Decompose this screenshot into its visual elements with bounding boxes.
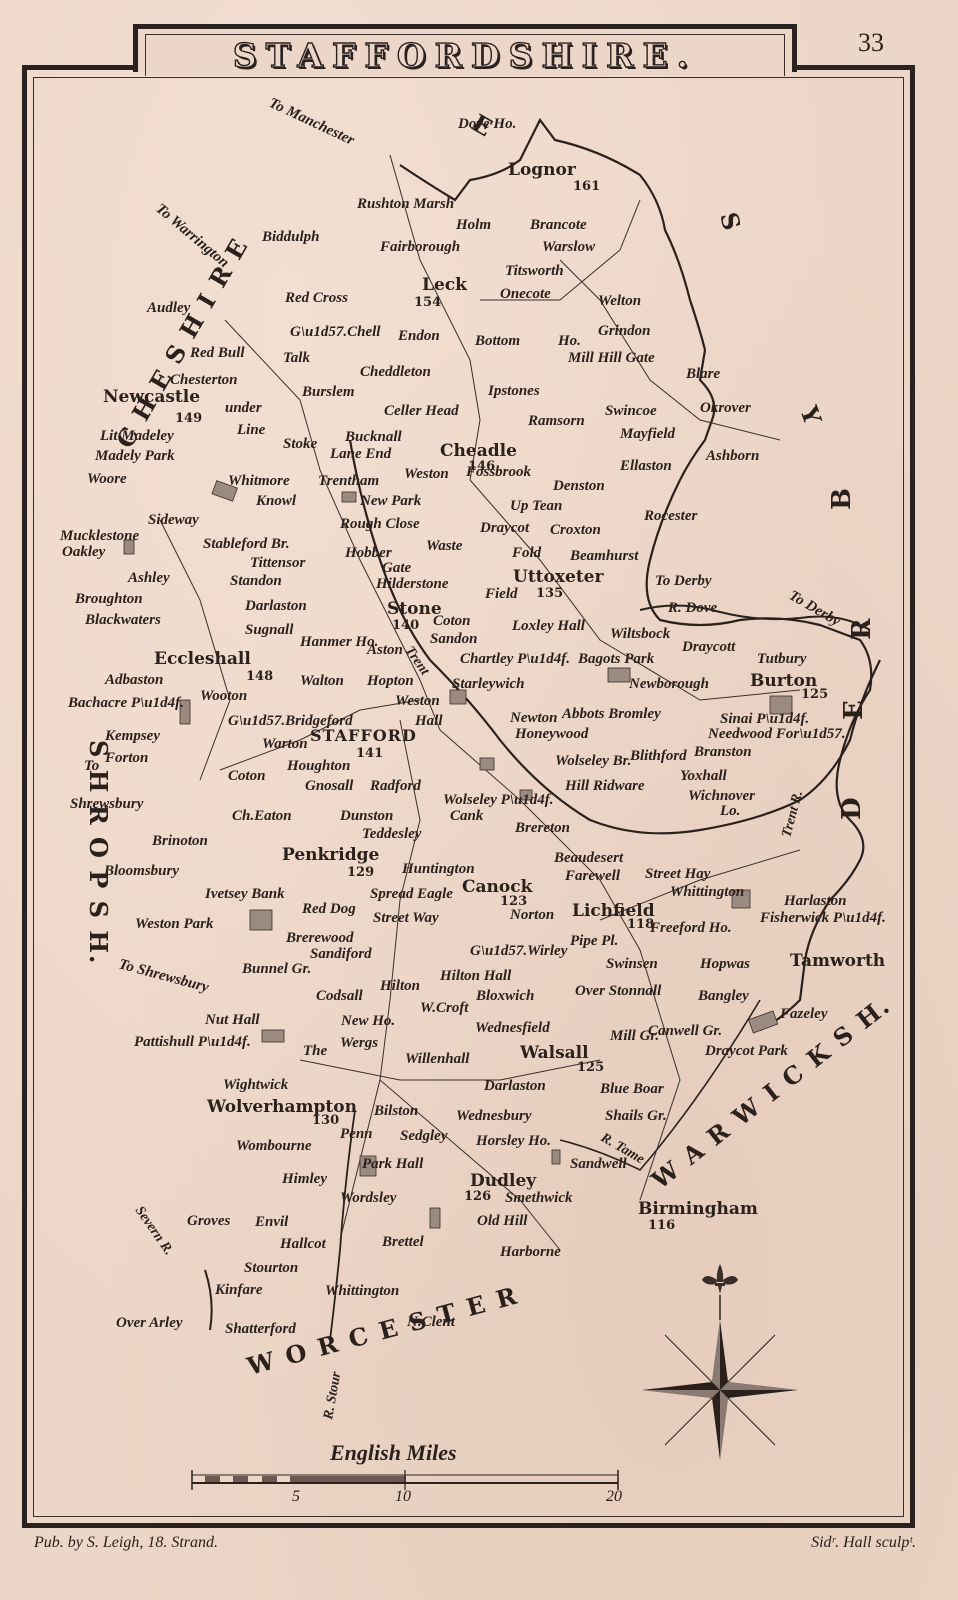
svg-text:The: The <box>303 1043 328 1059</box>
svg-text:Canwell Gr.: Canwell Gr. <box>648 1023 722 1039</box>
svg-text:Over Stonnall: Over Stonnall <box>575 983 662 999</box>
svg-text:Abbots Bromley: Abbots Bromley <box>561 706 661 722</box>
svg-text:Brettel: Brettel <box>381 1234 424 1250</box>
svg-text:135: 135 <box>536 586 563 601</box>
svg-text:Sandiford: Sandiford <box>310 946 372 962</box>
svg-text:Horsley Ho.: Horsley Ho. <box>475 1133 551 1149</box>
svg-text:Bottom: Bottom <box>474 333 520 349</box>
svg-text:129: 129 <box>347 865 374 880</box>
svg-text:Fazeley: Fazeley <box>779 1006 828 1022</box>
svg-text:Hilderstone: Hilderstone <box>375 576 449 592</box>
svg-text:under: under <box>225 400 262 416</box>
svg-text:Croxton: Croxton <box>550 522 601 538</box>
svg-text:Starleywich: Starleywich <box>452 676 525 692</box>
svg-text:Street Hay: Street Hay <box>645 866 711 882</box>
svg-text:Beaudesert: Beaudesert <box>553 850 624 866</box>
svg-text:Denston: Denston <box>552 478 605 494</box>
svg-text:Brereton: Brereton <box>514 820 570 836</box>
svg-text:Titsworth: Titsworth <box>505 263 564 279</box>
svg-text:Ashley: Ashley <box>127 570 170 586</box>
svg-text:Holm: Holm <box>455 217 491 233</box>
svg-text:Stableford Br.: Stableford Br. <box>203 536 290 552</box>
svg-text:Trent R.: Trent R. <box>779 789 806 839</box>
svg-text:R. Stour: R. Stour <box>321 1370 344 1422</box>
svg-text:Codsall: Codsall <box>316 988 364 1004</box>
svg-text:R: R <box>847 616 877 640</box>
svg-text:Shails Gr.: Shails Gr. <box>605 1108 667 1124</box>
svg-text:Park Hall: Park Hall <box>362 1156 424 1172</box>
svg-text:Bloomsbury: Bloomsbury <box>103 863 179 879</box>
svg-text:Lit Madeley: Lit Madeley <box>99 428 174 444</box>
svg-text:Red Bull: Red Bull <box>189 345 245 361</box>
river-stour <box>330 1110 355 1340</box>
svg-text:Whittington: Whittington <box>325 1283 399 1299</box>
svg-text:To Derby: To Derby <box>655 573 712 589</box>
svg-text:Harlaston: Harlaston <box>783 893 847 909</box>
svg-text:Line: Line <box>236 422 266 438</box>
svg-text:Spread Eagle: Spread Eagle <box>370 886 453 902</box>
svg-text:Ivetsey Bank: Ivetsey Bank <box>204 886 285 902</box>
svg-text:Rushton Marsh: Rushton Marsh <box>356 196 454 212</box>
svg-text:Lognor: Lognor <box>508 160 577 180</box>
svg-text:Gate: Gate <box>382 560 412 576</box>
svg-text:Wombourne: Wombourne <box>236 1138 312 1154</box>
svg-text:Old Hill: Old Hill <box>477 1213 528 1229</box>
svg-text:Up Tean: Up Tean <box>510 498 562 514</box>
svg-text:Sedgley: Sedgley <box>400 1128 448 1144</box>
svg-text:Blare: Blare <box>685 366 721 382</box>
svg-text:Wordsley: Wordsley <box>340 1190 397 1206</box>
svg-text:N.Clent: N.Clent <box>406 1314 456 1330</box>
svg-text:Hall: Hall <box>414 713 443 729</box>
svg-text:Endon: Endon <box>397 328 440 344</box>
svg-text:Willenhall: Willenhall <box>405 1051 470 1067</box>
svg-text:Welton: Welton <box>598 293 641 309</box>
svg-text:Groves: Groves <box>187 1213 230 1229</box>
svg-text:130: 130 <box>312 1113 339 1128</box>
svg-text:Woore: Woore <box>87 471 127 487</box>
svg-text:Fisherwick P\u1d4f.: Fisherwick P\u1d4f. <box>759 910 886 926</box>
svg-text:Fold: Fold <box>511 545 542 561</box>
svg-text:Eccleshall: Eccleshall <box>154 649 251 669</box>
svg-text:Wichnover: Wichnover <box>688 788 755 804</box>
river-severn <box>205 1270 212 1330</box>
svg-text:Chesterton: Chesterton <box>170 372 238 388</box>
svg-text:To Manchester: To Manchester <box>266 95 357 149</box>
svg-text:Ipstones: Ipstones <box>487 383 540 399</box>
svg-text:Adbaston: Adbaston <box>104 672 163 688</box>
svg-text:Hilton Hall: Hilton Hall <box>439 968 512 984</box>
svg-text:Aston: Aston <box>366 642 403 658</box>
scale-bar-title: English Miles <box>330 1440 457 1466</box>
svg-text:Penn: Penn <box>340 1126 373 1142</box>
svg-text:D: D <box>837 795 867 820</box>
svg-text:Kempsey: Kempsey <box>104 728 160 744</box>
svg-text:Coton: Coton <box>228 768 266 784</box>
svg-text:Weston: Weston <box>395 693 440 709</box>
svg-text:154: 154 <box>414 295 441 310</box>
svg-text:R. Dove: R. Dove <box>667 600 717 616</box>
svg-text:To Shrewsbury: To Shrewsbury <box>117 956 211 995</box>
svg-text:Norton: Norton <box>509 907 554 923</box>
svg-text:Brerewood: Brerewood <box>285 930 354 946</box>
scale-tick-20: 20 <box>606 1488 622 1506</box>
svg-text:Stourton: Stourton <box>244 1260 298 1276</box>
svg-text:Wolseley Br.: Wolseley Br. <box>555 753 631 769</box>
svg-text:Fairborough: Fairborough <box>379 239 460 255</box>
svg-text:Pattishull P\u1d4f.: Pattishull P\u1d4f. <box>134 1034 251 1050</box>
publisher-imprint: Pub. by S. Leigh, 18. Strand. <box>34 1534 218 1552</box>
svg-text:Dove Ho.: Dove Ho. <box>457 116 516 132</box>
svg-text:Hopton: Hopton <box>366 673 414 689</box>
svg-text:Wightwick: Wightwick <box>223 1077 289 1093</box>
svg-text:Red Cross: Red Cross <box>284 290 348 306</box>
svg-text:Severn R.: Severn R. <box>132 1204 176 1258</box>
svg-text:Blithford: Blithford <box>629 748 687 764</box>
svg-text:Ashborn: Ashborn <box>705 448 759 464</box>
svg-text:Broughton: Broughton <box>74 591 143 607</box>
svg-text:148: 148 <box>246 669 273 684</box>
svg-text:Hill Ridware: Hill Ridware <box>564 778 645 794</box>
svg-text:Waste: Waste <box>426 538 463 554</box>
svg-text:Darlaston: Darlaston <box>244 598 307 614</box>
svg-text:Draycot Park: Draycot Park <box>704 1043 788 1059</box>
svg-text:E: E <box>839 698 869 720</box>
svg-text:Swinsen: Swinsen <box>606 956 658 972</box>
svg-text:Hopwas: Hopwas <box>699 956 750 972</box>
svg-text:W.Croft: W.Croft <box>420 1000 469 1016</box>
svg-text:Wednesfield: Wednesfield <box>475 1020 550 1036</box>
svg-text:Sinai P\u1d4f.: Sinai P\u1d4f. <box>720 711 809 727</box>
svg-text:Standon: Standon <box>230 573 282 589</box>
svg-text:Tamworth: Tamworth <box>790 951 885 971</box>
svg-text:Bagots Park: Bagots Park <box>577 651 655 667</box>
svg-text:Sugnall: Sugnall <box>245 622 294 638</box>
svg-text:Uttoxeter: Uttoxeter <box>513 567 604 587</box>
svg-text:Beamhurst: Beamhurst <box>569 548 639 564</box>
svg-text:B: B <box>827 486 857 510</box>
svg-text:Forton: Forton <box>104 750 148 766</box>
svg-text:Y: Y <box>794 401 828 430</box>
svg-text:Fossbrook: Fossbrook <box>465 464 532 480</box>
svg-text:Kinfare: Kinfare <box>214 1282 263 1298</box>
scale-tick-5: 5 <box>292 1488 300 1506</box>
svg-text:Burslem: Burslem <box>301 384 355 400</box>
svg-text:Ellaston: Ellaston <box>619 458 672 474</box>
svg-text:Pipe Pl.: Pipe Pl. <box>570 933 618 949</box>
svg-text:Sideway: Sideway <box>148 512 199 528</box>
svg-text:Teddesley: Teddesley <box>362 826 422 842</box>
svg-text:Himley: Himley <box>281 1171 327 1187</box>
svg-text:Harborne: Harborne <box>499 1244 561 1260</box>
svg-text:Hobber: Hobber <box>344 545 392 561</box>
svg-text:Leck: Leck <box>422 275 468 295</box>
svg-text:Bloxwich: Bloxwich <box>475 988 534 1004</box>
svg-text:Cheadle: Cheadle <box>440 441 517 461</box>
svg-text:Nut Hall: Nut Hall <box>204 1012 260 1028</box>
svg-text:Wolseley P\u1d4f.: Wolseley P\u1d4f. <box>443 792 554 808</box>
svg-text:Warton: Warton <box>262 736 308 752</box>
svg-text:Weston: Weston <box>404 466 449 482</box>
svg-text:G\u1d57.Wirley: G\u1d57.Wirley <box>470 943 568 959</box>
scale-bar <box>192 1470 618 1490</box>
svg-text:Onecote: Onecote <box>500 286 551 302</box>
svg-text:Ramsorn: Ramsorn <box>527 413 585 429</box>
compass-rose <box>642 1295 798 1460</box>
svg-text:Sandon: Sandon <box>430 631 478 647</box>
svg-text:Newborough: Newborough <box>628 676 709 692</box>
svg-text:126: 126 <box>464 1189 491 1204</box>
map-canvas: C H E S H I R E E S Y B R E D W A R W I … <box>0 0 958 1600</box>
svg-text:Rough Close: Rough Close <box>339 516 420 532</box>
svg-text:Gnosall: Gnosall <box>305 778 354 794</box>
svg-text:Field: Field <box>484 586 518 602</box>
svg-text:Audley: Audley <box>146 300 191 316</box>
svg-text:Okrover: Okrover <box>700 400 751 416</box>
svg-text:Wergs: Wergs <box>340 1035 378 1051</box>
svg-text:Lane End: Lane End <box>329 446 392 462</box>
svg-text:140: 140 <box>392 618 419 633</box>
svg-text:Shatterford: Shatterford <box>225 1321 296 1337</box>
svg-text:Bachacre P\u1d4f.: Bachacre P\u1d4f. <box>67 695 184 711</box>
svg-text:Mucklestone: Mucklestone <box>59 528 140 544</box>
svg-text:Talk: Talk <box>283 350 310 366</box>
svg-text:Weston Park: Weston Park <box>135 916 214 932</box>
svg-text:116: 116 <box>648 1218 675 1233</box>
svg-text:Sandwell: Sandwell <box>570 1156 628 1172</box>
svg-text:Brinoton: Brinoton <box>151 833 208 849</box>
svg-text:Branston: Branston <box>693 744 752 760</box>
svg-text:Dudley: Dudley <box>470 1171 537 1191</box>
svg-text:Wooton: Wooton <box>200 688 247 704</box>
svg-text:Red Dog: Red Dog <box>301 901 356 917</box>
svg-text:Chartley P\u1d4f.: Chartley P\u1d4f. <box>460 651 570 667</box>
svg-text:G\u1d57.Bridgeford: G\u1d57.Bridgeford <box>228 713 353 729</box>
svg-text:Walton: Walton <box>300 673 344 689</box>
svg-text:Bunnel Gr.: Bunnel Gr. <box>241 961 311 977</box>
svg-text:Biddulph: Biddulph <box>261 229 320 245</box>
svg-text:Smethwick: Smethwick <box>505 1190 573 1206</box>
svg-text:Huntington: Huntington <box>401 861 475 877</box>
svg-text:Warslow: Warslow <box>542 239 596 255</box>
fleur-de-lis-north-icon <box>702 1264 738 1294</box>
svg-text:Trentham: Trentham <box>318 473 379 489</box>
svg-text:New Ho.: New Ho. <box>340 1013 395 1029</box>
svg-text:G\u1d57.Chell: G\u1d57.Chell <box>290 324 381 340</box>
svg-text:Newcastle: Newcastle <box>103 387 200 407</box>
village-labels: Dove Ho. Rushton Marsh HolmBrancote Bidd… <box>59 116 886 1337</box>
svg-text:Farewell: Farewell <box>564 868 621 884</box>
svg-text:125: 125 <box>577 1060 604 1075</box>
svg-text:Hallcot: Hallcot <box>279 1236 327 1252</box>
engraver-imprint: Sidʳ. Hall sculpᵗ. <box>811 1534 916 1552</box>
svg-text:Shrewsbury: Shrewsbury <box>70 796 144 812</box>
svg-text:Ch.Eaton: Ch.Eaton <box>232 808 292 824</box>
svg-text:Dunston: Dunston <box>339 808 393 824</box>
svg-text:Tutbury: Tutbury <box>757 651 807 667</box>
svg-text:Blue Boar: Blue Boar <box>599 1081 664 1097</box>
svg-text:Darlaston: Darlaston <box>483 1078 546 1094</box>
svg-text:Stoke: Stoke <box>283 436 318 452</box>
svg-text:Ho.: Ho. <box>557 333 581 349</box>
svg-text:Wednesbury: Wednesbury <box>456 1108 532 1124</box>
svg-text:To Warrington: To Warrington <box>152 201 231 271</box>
svg-text:141: 141 <box>356 746 383 761</box>
svg-text:Over Arley: Over Arley <box>116 1315 183 1331</box>
svg-text:Newton: Newton <box>509 710 558 726</box>
svg-text:Draycot: Draycot <box>479 520 530 536</box>
svg-text:Cheddleton: Cheddleton <box>360 364 431 380</box>
svg-text:Wiltsbock: Wiltsbock <box>610 626 671 642</box>
svg-text:Draycott: Draycott <box>681 639 736 655</box>
svg-text:Knowl: Knowl <box>255 493 297 509</box>
svg-text:Radford: Radford <box>369 778 421 794</box>
svg-text:Houghton: Houghton <box>286 758 350 774</box>
svg-text:Yoxhall: Yoxhall <box>680 768 728 784</box>
scale-tick-10: 10 <box>395 1488 411 1506</box>
svg-text:Brancote: Brancote <box>529 217 587 233</box>
svg-text:Birmingham: Birmingham <box>638 1199 758 1219</box>
svg-text:Honeywood: Honeywood <box>514 726 589 742</box>
svg-text:To: To <box>84 758 99 774</box>
svg-text:Bilston: Bilston <box>373 1103 418 1119</box>
svg-text:Mill Hill Gate: Mill Hill Gate <box>567 350 655 366</box>
svg-text:Rocester: Rocester <box>643 508 697 524</box>
svg-text:Oakley: Oakley <box>62 544 106 560</box>
svg-text:149: 149 <box>175 411 202 426</box>
svg-text:Loxley Hall: Loxley Hall <box>511 618 586 634</box>
svg-text:Bucknall: Bucknall <box>344 429 403 445</box>
svg-text:161: 161 <box>573 179 600 194</box>
svg-text:Hilton: Hilton <box>379 978 420 994</box>
svg-text:Needwood For\u1d57.: Needwood For\u1d57. <box>707 726 846 742</box>
svg-text:Celler Head: Celler Head <box>384 403 459 419</box>
svg-text:Swincoe: Swincoe <box>605 403 657 419</box>
svg-text:Cank: Cank <box>450 808 484 824</box>
svg-text:New Park: New Park <box>359 493 422 509</box>
svg-text:Penkridge: Penkridge <box>282 845 379 865</box>
svg-text:Blackwaters: Blackwaters <box>84 612 161 628</box>
svg-text:S: S <box>714 209 747 235</box>
svg-text:Bangley: Bangley <box>697 988 749 1004</box>
svg-text:Whittington: Whittington <box>670 884 744 900</box>
svg-text:Lo.: Lo. <box>719 803 740 819</box>
svg-text:Tittensor: Tittensor <box>250 555 305 571</box>
svg-text:Envil: Envil <box>254 1214 289 1230</box>
svg-text:Mayfield: Mayfield <box>619 426 675 442</box>
svg-text:Grindon: Grindon <box>598 323 651 339</box>
svg-text:Street Way: Street Way <box>373 910 439 926</box>
svg-text:Freeford Ho.: Freeford Ho. <box>649 920 732 936</box>
svg-text:Coton: Coton <box>433 613 471 629</box>
svg-text:Madely Park: Madely Park <box>94 448 175 464</box>
svg-text:Whitmore: Whitmore <box>228 473 290 489</box>
svg-text:125: 125 <box>801 687 828 702</box>
